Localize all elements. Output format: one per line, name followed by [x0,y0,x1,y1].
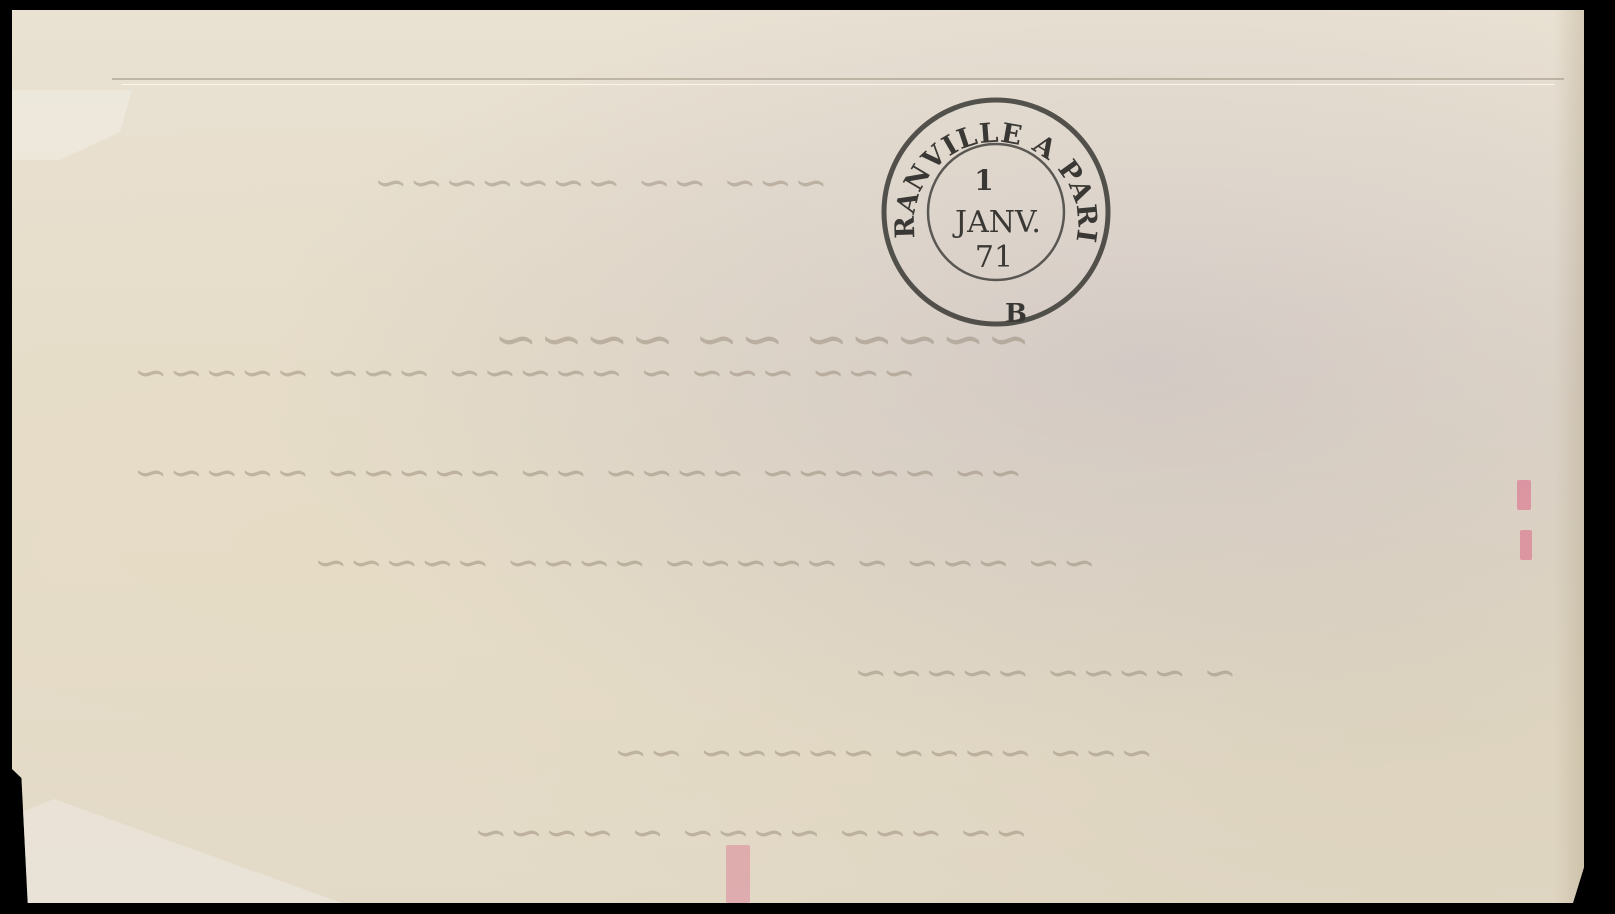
fold-highlight [122,84,1554,85]
fold-line [112,78,1564,80]
postmark-day: 1 [974,164,993,197]
postmark-letter: B [1005,299,1027,329]
bottom-flap [22,773,342,903]
postmark-year: 71 [975,240,1013,275]
bleed-through-handwriting: ~~ ~~~~~ ~~~~ ~~ ~~~~~ ~~~~~ [132,450,1022,496]
bleed-through-handwriting: ~~~ ~~~~ ~~~~~ ~~ [612,730,1153,776]
bleed-through-handwriting: ~~~ ~~~ ~ ~~~~~ ~~~ ~~~~~ [132,350,916,396]
red-ink-mark [1520,530,1532,560]
edge-shadow [1554,10,1584,903]
torn-flap [12,90,132,160]
bleed-through-handwriting: ~~ ~~~ ~~~~ ~ ~~~~ [472,810,1028,856]
postmark-month: JANV. [952,205,1041,240]
letter-sheet: ~~~ ~~ ~~~~~~~ ~~~~~ ~~ ~~~~ ~~~ ~~~ ~ ~… [12,10,1584,903]
red-ink-mark [726,845,750,903]
bleed-through-handwriting: ~~~ ~~ ~~~~~~~ [372,160,828,206]
granville-paris-postmark: GRANVILLE A PARIS 1 JANV. 71 B [876,92,1116,332]
bleed-through-handwriting: ~~ ~~~ ~ ~~~~~ ~~~~ ~~~~~ [312,540,1096,586]
bleed-through-handwriting: ~ ~~~~ ~~~~~ [852,650,1237,696]
red-ink-mark [1517,480,1531,510]
